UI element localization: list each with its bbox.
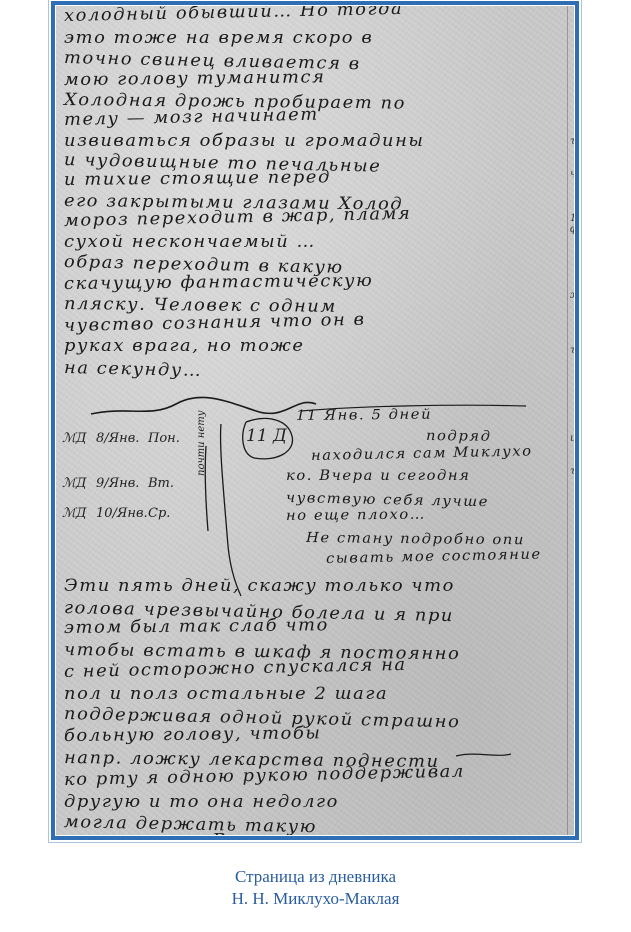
margin-note-day: Вт. — [148, 476, 174, 491]
margin-note-day: Ср. — [148, 506, 170, 521]
caption-line-2: Н. Н. Миклухо-Маклая — [0, 888, 631, 910]
manuscript-line: пол и полз остальные 2 шага — [64, 684, 388, 704]
margin-note-date: 8/Янв. — [96, 431, 139, 446]
margin-note-glyph: ℳД — [62, 476, 86, 491]
figure-caption: Страница из дневника Н. Н. Миклухо-Макла… — [0, 866, 631, 910]
manuscript-line: больную голову, чтобы — [64, 723, 322, 746]
manuscript-line: 11 Янв. 5 дней — [296, 407, 432, 424]
manuscript-line: и тихие стоящие перед — [64, 167, 331, 190]
right-margin-marks: ъч10фжъшъ — [570, 136, 574, 477]
manuscript-line: сухой нескончаемый … — [64, 232, 316, 252]
manuscript-line: скачущую фантастическую — [64, 271, 374, 294]
diary-page-image: холодный обывший… Но тогдаэто тоже на вр… — [56, 6, 574, 835]
caption-line-1: Страница из дневника — [0, 866, 631, 888]
manuscript-line: мою голову туманится — [64, 67, 326, 90]
manuscript-line: извиваться образы и громадины — [64, 131, 425, 151]
vertical-margin-note: почти нету — [196, 410, 207, 476]
manuscript-line: это тоже на время скоро в — [64, 28, 373, 48]
circled-entry-number: 11 Д — [246, 426, 287, 446]
manuscript-line: Не стану подробно опи — [306, 530, 525, 548]
manuscript-line: Эти пять дней, скажу только что — [64, 576, 455, 596]
margin-note-glyph: ℳД — [62, 431, 86, 446]
margin-note-glyph: ℳД — [62, 506, 86, 521]
manuscript-line: руках врага, но тоже — [64, 336, 304, 356]
margin-note-date: 9/Янв. — [96, 476, 139, 491]
margin-note-date: 10/Янв. — [96, 506, 148, 521]
manuscript-line: этом был так слаб что — [64, 615, 329, 638]
margin-note-day: Пон. — [148, 431, 180, 446]
manuscript-line: другую и то она недолго — [64, 792, 339, 812]
image-frame: холодный обывший… Но тогдаэто тоже на вр… — [48, 0, 582, 843]
image-frame-border: холодный обывший… Но тогдаэто тоже на вр… — [51, 1, 579, 840]
manuscript-line: на секунду… — [64, 358, 203, 381]
manuscript-line: подряд — [426, 428, 492, 445]
manuscript-line: но еще плохо… — [286, 507, 426, 524]
manuscript-line: ко. Вчера и сегодня — [286, 468, 470, 484]
